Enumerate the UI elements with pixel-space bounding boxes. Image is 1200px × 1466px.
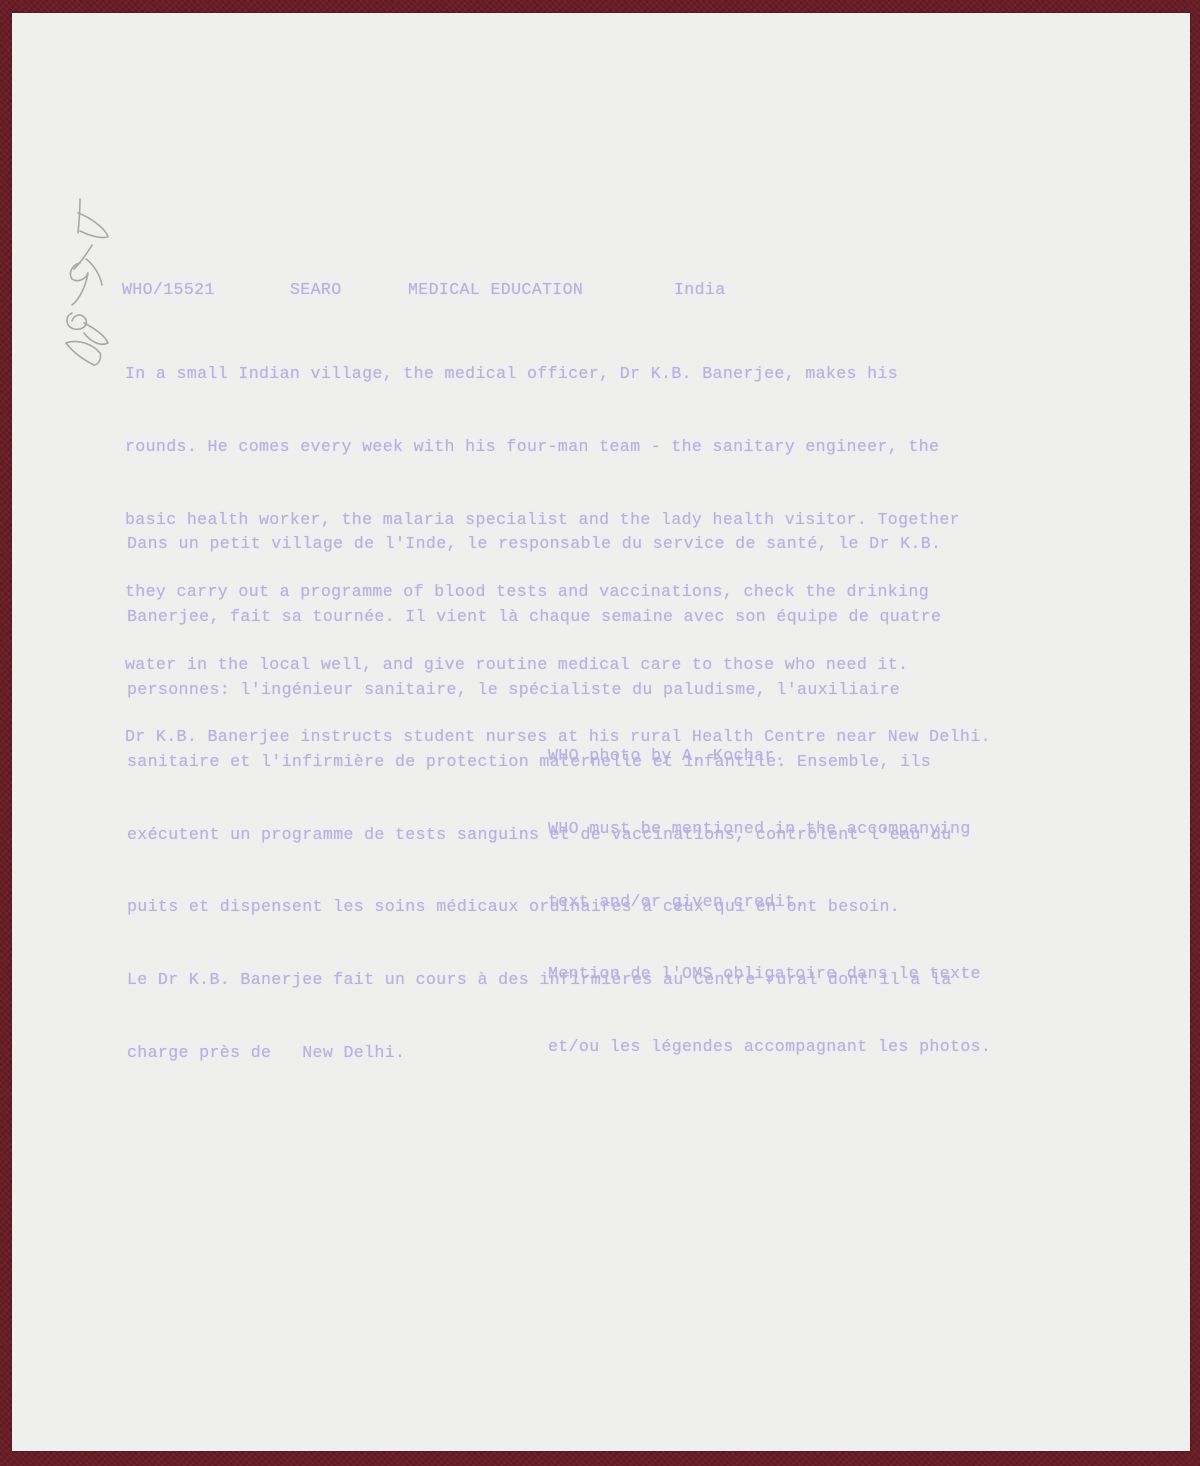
photo-back-paper: WHO/15521 SEARO MEDICAL EDUCATION India … [12, 13, 1190, 1451]
caption-en-line: rounds. He comes every week with his fou… [125, 435, 991, 459]
caption-fr-line: Banerjee, fait sa tournée. Il vient là c… [127, 605, 952, 629]
photo-reference-number: WHO/15521 [122, 278, 290, 302]
caption-en-line: In a small Indian village, the medical o… [125, 362, 991, 386]
photo-credit-block: WHO photo by A. Kochar. WHO must be ment… [548, 696, 991, 1107]
country-label: India [674, 278, 726, 302]
region-code: SEARO [290, 278, 408, 302]
credit-line: WHO photo by A. Kochar. [548, 744, 991, 768]
caption-header: WHO/15521 SEARO MEDICAL EDUCATION India [122, 278, 726, 302]
credit-line: Mention de l'OMS obligatoire dans le tex… [548, 962, 991, 986]
credit-line: text and/or given credit. [548, 890, 991, 914]
topic-label: MEDICAL EDUCATION [408, 278, 674, 302]
handwritten-pencil-note [50, 193, 120, 373]
caption-fr-line: Dans un petit village de l'Inde, le resp… [127, 532, 952, 556]
credit-line: WHO must be mentioned in the accompanyin… [548, 817, 991, 841]
credit-line: et/ou les légendes accompagnant les phot… [548, 1035, 991, 1059]
